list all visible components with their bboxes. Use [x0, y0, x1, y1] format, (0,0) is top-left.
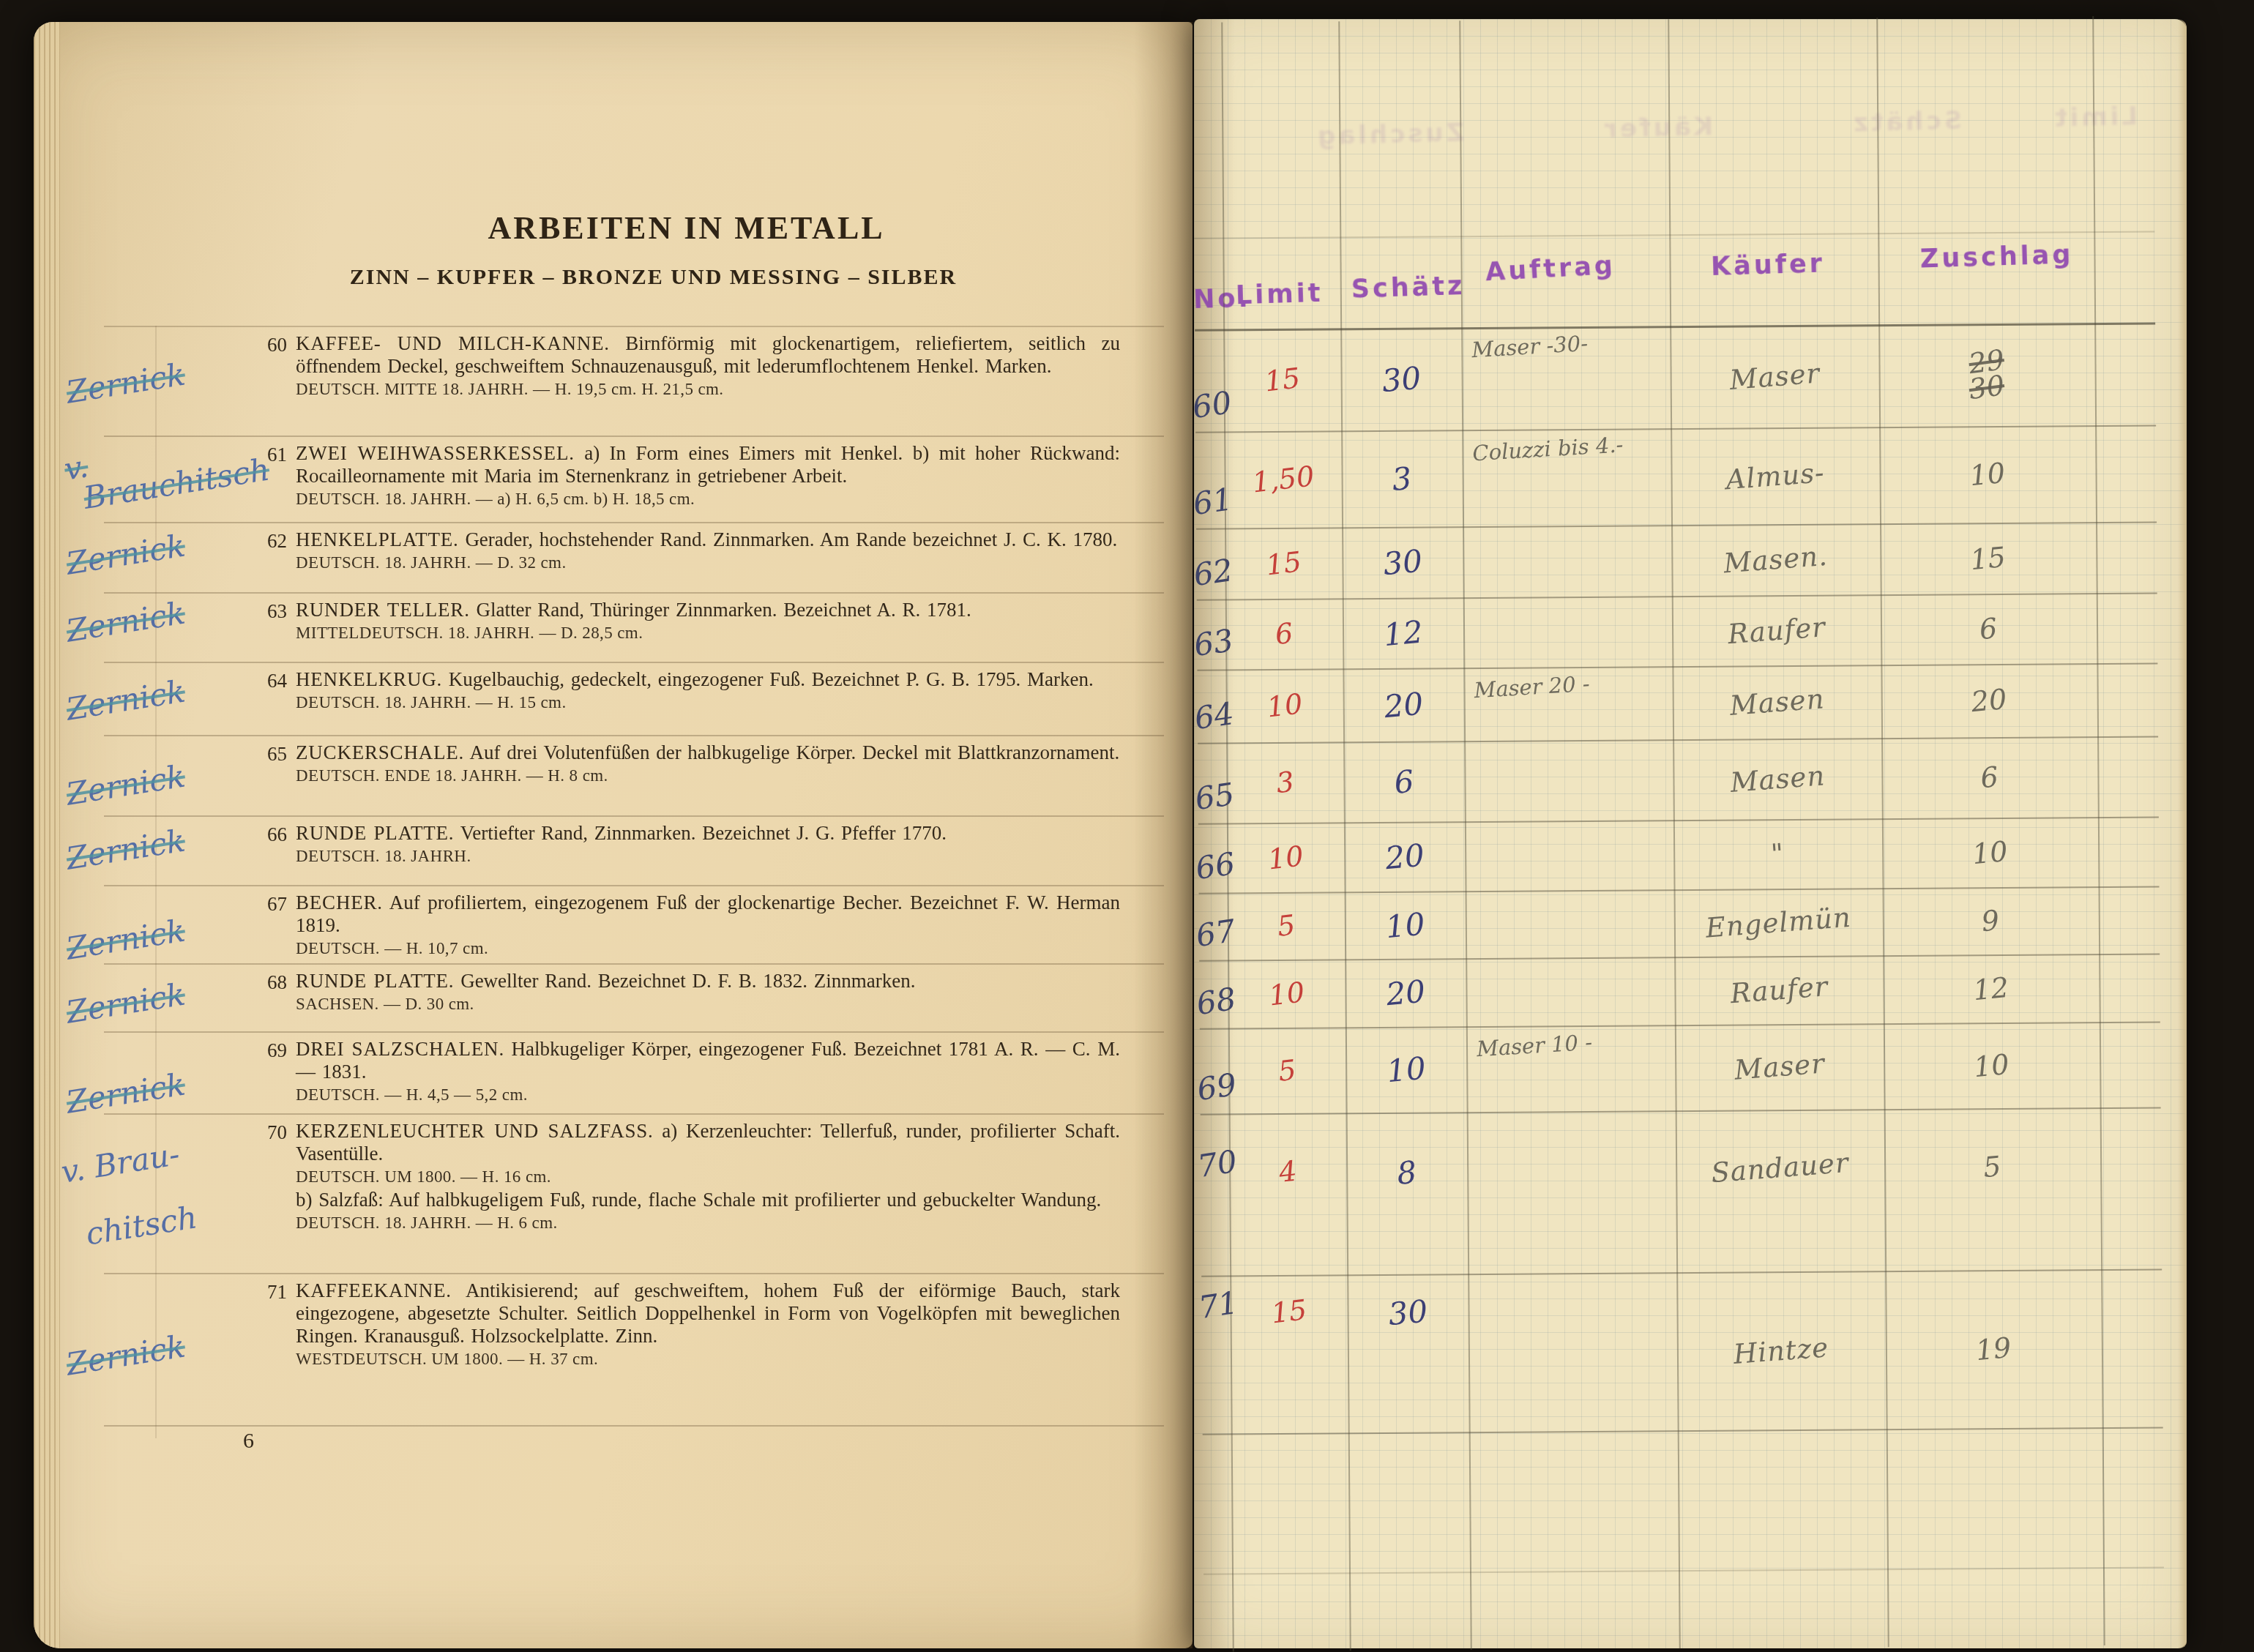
ghost-header: Zuschlag — [1314, 118, 1464, 151]
catalog-entry: Zernick 69 DREI SALZSCHALEN. Halbkugelig… — [104, 1033, 1164, 1115]
cell-schaetz: 20 — [1343, 668, 1464, 741]
cell-auftrag — [1468, 1272, 1688, 1432]
limit-value: 5 — [1275, 909, 1296, 943]
kaeufer-value: Sandauer — [1710, 1147, 1850, 1189]
cell-schaetz: 30 — [1347, 1274, 1469, 1432]
ledger-row: 67 5 10 Engelmün 9 — [1195, 886, 2188, 960]
cell-limit: 15 — [1230, 1274, 1348, 1433]
cell-kaeufer: Raufer — [1672, 594, 1881, 666]
auftrag-value: Coluzzi bis 4.- — [1471, 432, 1624, 466]
lot-number: 70 — [233, 1121, 287, 1144]
ledger-row: 60 15 30 Maser -30- Maser 2930 — [1190, 322, 2184, 431]
catalog-entry: Zernick 65 ZUCKERSCHALE. Auf drei Volute… — [104, 736, 1164, 817]
lot-description: Kugelbauchig, gedeckelt, eingezogener Fu… — [449, 668, 1094, 690]
cell-zuschlag: 19 — [1885, 1269, 2102, 1429]
cell-zuschlag: 12 — [1883, 954, 2100, 1023]
ledger-header-row: No. Limit Schätz Auftrag Käufer Zuschlag — [1190, 246, 2183, 319]
catalog-page: ARBEITEN IN METALL ZINN – KUPFER – BRONZ… — [34, 22, 1193, 1648]
kaeufer-value: Almus- — [1725, 457, 1826, 496]
cell-auftrag — [1466, 957, 1685, 1026]
kaeufer-value: Masen. — [1723, 540, 1829, 580]
margin-annotation: Zernick — [64, 359, 187, 408]
zuschlag-value: 6 — [1978, 612, 1999, 646]
lot-title: RUNDE PLATTE. — [296, 970, 454, 992]
ledger-grid: Limit Schätz Käufer Zuschlag No. Limit S… — [1188, 15, 2193, 1648]
annotation-line: Zernick — [64, 976, 187, 1031]
limit-value: 15 — [1263, 362, 1302, 397]
catalog-entry: Zernick 71 KAFFEEKANNE. Antikisierend; a… — [104, 1274, 1164, 1427]
cell-zuschlag: 5 — [1884, 1107, 2102, 1271]
cell-kaeufer: " — [1673, 818, 1883, 889]
margin-annotation: v. Brau- chitsch — [59, 1137, 199, 1252]
lot-detail: DEUTSCH. — H. 10,7 cm. — [296, 939, 1120, 958]
lot-detail: WESTDEUTSCH. UM 1800. — H. 37 cm. — [296, 1350, 1120, 1369]
lot-detail: DEUTSCH. UM 1800. — H. 16 cm. — [296, 1167, 1120, 1186]
cell-limit: 3 — [1226, 741, 1344, 823]
cell-limit: 15 — [1223, 328, 1341, 431]
kaeufer-value: Raufer — [1726, 611, 1826, 650]
ghost-header: Schätz — [1851, 106, 1963, 138]
cell-kaeufer: Masen — [1672, 665, 1881, 739]
cell-zuschlag: 20 — [1881, 663, 2097, 738]
cell-auftrag: Maser 20 - — [1463, 666, 1683, 741]
kaeufer-value: Masen — [1728, 683, 1826, 722]
cell-kaeufer: Raufer — [1674, 955, 1884, 1025]
kaeufer-value: " — [1770, 838, 1785, 870]
lot-number: 60 — [233, 334, 287, 356]
annotation-line: Zernick — [64, 1066, 187, 1121]
ledger-row: 70 4 8 Sandauer 5 — [1196, 1107, 2190, 1275]
lot-detail: DEUTSCH. 18. JAHRH. — [296, 847, 1120, 866]
kaeufer-value: Hintze — [1733, 1331, 1830, 1370]
catalog-entry: Zernick 62 HENKELPLATTE. Gerader, hochst… — [104, 523, 1164, 594]
lot-title: HENKELPLATTE. — [296, 528, 459, 550]
cell-zuschlag: 10 — [1879, 425, 2096, 523]
annotation-line: Zernick — [64, 356, 187, 411]
schaetz-value: 30 — [1387, 1293, 1429, 1332]
ghost-header: Limit — [2052, 102, 2138, 133]
cell-auftrag — [1467, 1110, 1687, 1274]
page-subtitle: ZINN – KUPFER – BRONZE UND MESSING – SIL… — [143, 265, 1163, 290]
zuschlag-value: 5 — [1982, 1150, 2003, 1184]
lot-title: HENKELKRUG. — [296, 668, 442, 690]
cell-zuschlag: 6 — [1881, 593, 2097, 665]
zuschlag-value: 19 — [1974, 1331, 2012, 1367]
lot-detail: DEUTSCH. 18. JAHRH. — H. 15 cm. — [296, 693, 1120, 712]
cell-auftrag — [1463, 525, 1682, 597]
margin-annotation: Zernick — [64, 915, 187, 965]
lot-detail: MITTELDEUTSCH. 18. JAHRH. — D. 28,5 cm. — [296, 624, 1120, 643]
entry-text: HENKELPLATTE. Gerader, hochstehender Ran… — [296, 528, 1120, 572]
cell-zuschlag: 2930 — [1878, 323, 2095, 427]
annotation-line: Zernick — [64, 673, 187, 728]
entry-text: DREI SALZSCHALEN. Halbkugeliger Körper, … — [296, 1038, 1120, 1105]
lot-number: 67 — [233, 893, 287, 916]
schaetz-value: 20 — [1382, 685, 1425, 725]
ledger-rows: 60 15 30 Maser -30- Maser 2930 61 1,50 3… — [1188, 15, 2181, 22]
lot-title: BECHER. — [296, 892, 383, 913]
lot-number: 65 — [233, 743, 287, 766]
lot-title: ZUCKERSCHALE. — [296, 741, 464, 763]
cell-schaetz: 20 — [1344, 821, 1466, 892]
lot-detail: SACHSEN. — D. 30 cm. — [296, 995, 1120, 1014]
limit-value: 4 — [1277, 1155, 1299, 1189]
zuschlag-value: 15 — [1969, 540, 2007, 575]
lot-detail: DEUTSCH. 18. JAHRH. — a) H. 6,5 cm. b) H… — [296, 490, 1120, 509]
cell-kaeufer: Hintze — [1676, 1271, 1887, 1430]
ledger-row: 71 15 30 Hintze 19 — [1197, 1268, 2190, 1433]
cell-zuschlag: 6 — [1881, 736, 2098, 818]
annotation-line: chitsch — [83, 1202, 199, 1250]
cell-schaetz: 10 — [1346, 1026, 1467, 1113]
cell-schaetz: 6 — [1343, 741, 1465, 822]
cell-kaeufer: Maser — [1670, 324, 1879, 428]
cell-limit: 15 — [1225, 527, 1343, 599]
cell-auftrag: Maser 10 - — [1466, 1025, 1686, 1112]
cell-kaeufer: Almus- — [1671, 427, 1880, 525]
zuschlag-value: 9 — [1980, 904, 2001, 938]
ledger-row: 61 1,50 3 Coluzzi bis 4.- Almus- 10 — [1191, 425, 2184, 528]
header-kaeufer: Käufer — [1711, 249, 1826, 282]
lot-description: Vertiefter Rand, Zinnmarken. Bezeichnet … — [460, 822, 947, 844]
auftrag-value: Maser -30- — [1471, 331, 1588, 362]
catalog-entry: Zernick 60 KAFFEE- UND MILCH-KANNE. Birn… — [104, 327, 1164, 437]
lot-title: KERZENLEUCHTER UND SALZFASS. — [296, 1120, 654, 1142]
kaeufer-value: Masen — [1729, 760, 1826, 799]
zuschlag-value: 12 — [1972, 971, 2010, 1006]
entry-text: HENKELKRUG. Kugelbauchig, gedeckelt, ein… — [296, 668, 1120, 712]
schaetz-value: 20 — [1384, 837, 1426, 876]
annotation-line: Zernick — [64, 823, 187, 877]
cell-schaetz: 3 — [1341, 430, 1463, 527]
cell-limit: 1,50 — [1224, 430, 1342, 528]
cell-schaetz: 10 — [1345, 891, 1466, 959]
schaetz-value: 10 — [1385, 1050, 1428, 1089]
row-rule-faint — [1203, 1567, 2164, 1575]
catalog-entry: Zernick 64 HENKELKRUG. Kugelbauchig, ged… — [104, 663, 1164, 736]
cell-limit: 10 — [1228, 959, 1346, 1028]
ledger-row: 62 15 30 Masen. 15 — [1192, 521, 2185, 599]
annotation-line: Zernick — [64, 1328, 187, 1383]
lot-description: Glatter Rand, Thüringer Zinnmarken. Beze… — [476, 599, 971, 621]
schaetz-value: 12 — [1382, 613, 1425, 653]
cell-auftrag — [1466, 889, 1685, 958]
entry-text: ZUCKERSCHALE. Auf drei Volutenfüßen der … — [296, 741, 1120, 785]
bleed-through-headers: Limit Schätz Käufer Zuschlag — [1189, 100, 2182, 164]
catalog-entry: Zernick 67 BECHER. Auf profiliertem, ein… — [104, 886, 1164, 965]
lot-title: RUNDER TELLER. — [296, 599, 470, 621]
lot-detail-b: DEUTSCH. 18. JAHRH. — H. 6 cm. — [296, 1214, 1120, 1233]
schaetz-value: 6 — [1392, 763, 1415, 800]
kaeufer-value: Maser — [1728, 357, 1821, 395]
zuschlag-value: 10 — [1973, 1047, 2011, 1083]
book-photograph: ARBEITEN IN METALL ZINN – KUPFER – BRONZ… — [0, 0, 2254, 1648]
header-auftrag: Auftrag — [1485, 251, 1616, 288]
lot-number: 69 — [233, 1039, 287, 1062]
kaeufer-value: Raufer — [1729, 971, 1829, 1009]
cell-schaetz: 30 — [1340, 327, 1462, 430]
margin-annotation: Zernick — [64, 597, 187, 647]
auftrag-value: Maser 10 - — [1476, 1030, 1593, 1061]
lot-number: 63 — [233, 600, 287, 623]
cell-schaetz: 20 — [1345, 958, 1466, 1027]
cell-kaeufer: Engelmün — [1674, 888, 1884, 957]
annotation-line: Zernick — [64, 758, 187, 812]
lot-description: Auf profiliertem, eingezogenem Fuß der g… — [296, 892, 1120, 936]
header-zuschlag: Zuschlag — [1919, 240, 2074, 274]
lot-title: RUNDE PLATTE. — [296, 822, 454, 844]
lot-title: DREI SALZSCHALEN. — [296, 1038, 504, 1060]
catalog-entry: v. Brauchitsch 61 ZWEI WEIHWASSERKESSEL.… — [104, 437, 1164, 523]
lot-number: 62 — [233, 530, 287, 553]
kaeufer-value: Engelmün — [1704, 901, 1852, 943]
lot-detail: DEUTSCH. — H. 4,5 — 5,2 cm. — [296, 1085, 1120, 1105]
cell-auftrag: Maser -30- — [1461, 326, 1681, 430]
ledger-row: 64 10 20 Maser 20 - Masen 20 — [1193, 662, 2186, 742]
schaetz-value: 20 — [1384, 973, 1427, 1012]
schaetz-value: 30 — [1381, 542, 1424, 582]
lot-description: Auf drei Volutenfüßen der halbkugelige K… — [469, 741, 1119, 763]
cell-auftrag — [1463, 596, 1683, 668]
cell-auftrag: Coluzzi bis 4.- — [1462, 428, 1682, 526]
entry-text: RUNDE PLATTE. Gewellter Rand. Bezeichnet… — [296, 970, 1120, 1014]
lot-number: 66 — [233, 823, 287, 846]
lot-description: Gerader, hochstehender Rand. Zinnmarken.… — [465, 528, 1117, 550]
entry-text: KAFFEE- UND MILCH-KANNE. Birnförmig mit … — [296, 332, 1120, 399]
catalog-entry: v. Brau- chitsch 70 KERZENLEUCHTER UND S… — [104, 1115, 1164, 1274]
cell-limit: 10 — [1227, 822, 1345, 892]
schaetz-value: 10 — [1384, 905, 1426, 945]
header-schaetz: Schätz — [1351, 272, 1466, 304]
cell-schaetz: 30 — [1342, 526, 1463, 598]
margin-annotation: Zernick — [64, 979, 187, 1028]
lot-detail: DEUTSCH. 18. JAHRH. — D. 32 cm. — [296, 553, 1120, 572]
kaeufer-value: Maser — [1733, 1047, 1825, 1085]
lot-number: 61 — [233, 444, 287, 466]
lot-number: 71 — [233, 1281, 287, 1304]
limit-value: 10 — [1266, 840, 1305, 875]
cell-zuschlag: 15 — [1880, 522, 2097, 594]
limit-value: 1,50 — [1250, 460, 1316, 498]
entry-text: RUNDER TELLER. Glatter Rand, Thüringer Z… — [296, 599, 1120, 643]
cell-auftrag — [1465, 820, 1684, 891]
schaetz-value: 30 — [1380, 359, 1422, 399]
limit-value: 15 — [1269, 1293, 1308, 1329]
cell-kaeufer: Masen — [1673, 738, 1882, 820]
entry-text: RUNDE PLATTE. Vertiefter Rand, Zinnmarke… — [296, 822, 1120, 866]
ledger-row: 65 3 6 Masen 6 — [1193, 736, 2187, 823]
ledger-page: Limit Schätz Käufer Zuschlag No. Limit S… — [1194, 19, 2187, 1648]
lot-number: 64 — [233, 670, 287, 692]
cell-kaeufer: Maser — [1675, 1023, 1884, 1110]
ledger-row: 63 6 12 Raufer 6 — [1193, 592, 2186, 669]
cell-limit: 5 — [1228, 892, 1346, 960]
catalog-entry: Zernick 68 RUNDE PLATTE. Gewellter Rand.… — [104, 965, 1164, 1033]
auftrag-value: Maser 20 - — [1474, 671, 1591, 703]
lot-number: 68 — [233, 971, 287, 994]
zuschlag-value: 10 — [1968, 457, 2007, 492]
limit-value: 6 — [1274, 617, 1295, 651]
zuschlag-value: 10 — [1971, 834, 2009, 870]
entry-text: KAFFEEKANNE. Antikisierend; auf geschwei… — [296, 1279, 1120, 1369]
cell-kaeufer: Masen. — [1671, 523, 1881, 596]
cell-schaetz: 12 — [1343, 597, 1464, 668]
catalog-entry: Zernick 66 RUNDE PLATTE. Vertiefter Rand… — [104, 817, 1164, 886]
limit-value: 3 — [1275, 766, 1296, 799]
cell-limit: 4 — [1229, 1113, 1348, 1275]
cell-kaeufer: Sandauer — [1676, 1109, 1886, 1272]
cell-schaetz: 8 — [1346, 1112, 1469, 1274]
page-number: 6 — [243, 1429, 254, 1454]
ledger-row: 66 10 20 " 10 — [1194, 816, 2187, 892]
schaetz-value: 8 — [1395, 1154, 1418, 1192]
lot-description: Gewellter Rand. Bezeichnet D. F. B. 1832… — [460, 970, 915, 992]
annotation-line: Zernick — [64, 913, 187, 967]
cell-zuschlag: 10 — [1884, 1022, 2100, 1109]
ledger-row: 68 10 20 Raufer 12 — [1195, 953, 2188, 1028]
cell-limit: 5 — [1228, 1027, 1346, 1113]
limit-value: 15 — [1264, 545, 1303, 581]
margin-annotation: v. Brauchitsch — [62, 423, 272, 517]
margin-annotation: Zernick — [64, 760, 187, 810]
margin-annotation: Zernick — [64, 530, 187, 580]
cell-zuschlag: 10 — [1882, 817, 2099, 888]
entry-text: ZWEI WEIHWASSERKESSEL. a) In Form eines … — [296, 442, 1120, 509]
annotation-line: Zernick — [64, 528, 187, 582]
cell-auftrag — [1464, 739, 1684, 821]
zuschlag-value: 6 — [1979, 760, 2000, 794]
margin-annotation: Zernick — [64, 1331, 187, 1380]
row-rule-faint — [1194, 231, 2154, 239]
margin-annotation: Zernick — [64, 1069, 187, 1118]
cell-limit: 6 — [1225, 598, 1343, 669]
limit-value: 10 — [1265, 687, 1304, 723]
cell-limit: 10 — [1225, 668, 1343, 742]
zuschlag-corrected-value: 30 — [1968, 373, 2006, 403]
entry-text: KERZENLEUCHTER UND SALZFASS. a) Kerzenle… — [296, 1120, 1120, 1233]
limit-value: 10 — [1267, 976, 1306, 1012]
lot-title: KAFFEEKANNE. — [296, 1279, 452, 1301]
margin-annotation: Zernick — [64, 825, 187, 875]
annotation-line: v. Brau- — [59, 1136, 182, 1190]
ghost-header: Käufer — [1602, 112, 1714, 144]
limit-value: 5 — [1277, 1053, 1298, 1087]
zuschlag-corrections: 2930 — [1969, 349, 2005, 400]
catalog-entries: Zernick 60 KAFFEE- UND MILCH-KANNE. Birn… — [104, 326, 1164, 1427]
page-title: ARBEITEN IN METALL — [268, 209, 1105, 247]
cell-zuschlag: 9 — [1883, 886, 2100, 955]
lot-title: KAFFEE- UND MILCH-KANNE. — [296, 332, 610, 354]
page-fore-edge — [34, 22, 60, 1648]
zuschlag-value: 20 — [1970, 683, 2008, 718]
schaetz-value: 3 — [1390, 460, 1413, 497]
ledger-row: 69 5 10 Maser 10 - Maser 10 — [1195, 1021, 2189, 1113]
annotation-line: Zernick — [64, 595, 187, 649]
lot-title: ZWEI WEIHWASSERKESSEL. — [296, 442, 575, 464]
lot-description-b: b) Salzfaß: Auf halbkugeligem Fuß, runde… — [296, 1189, 1120, 1211]
lot-detail: DEUTSCH. ENDE 18. JAHRH. — H. 8 cm. — [296, 766, 1120, 785]
margin-annotation: Zernick — [64, 676, 187, 725]
entry-text: BECHER. Auf profiliertem, eingezogenem F… — [296, 892, 1120, 958]
header-limit: Limit — [1235, 279, 1324, 311]
catalog-entry: Zernick 63 RUNDER TELLER. Glatter Rand, … — [104, 594, 1164, 663]
lot-detail: DEUTSCH. MITTE 18. JAHRH. — H. 19,5 cm. … — [296, 380, 1120, 399]
